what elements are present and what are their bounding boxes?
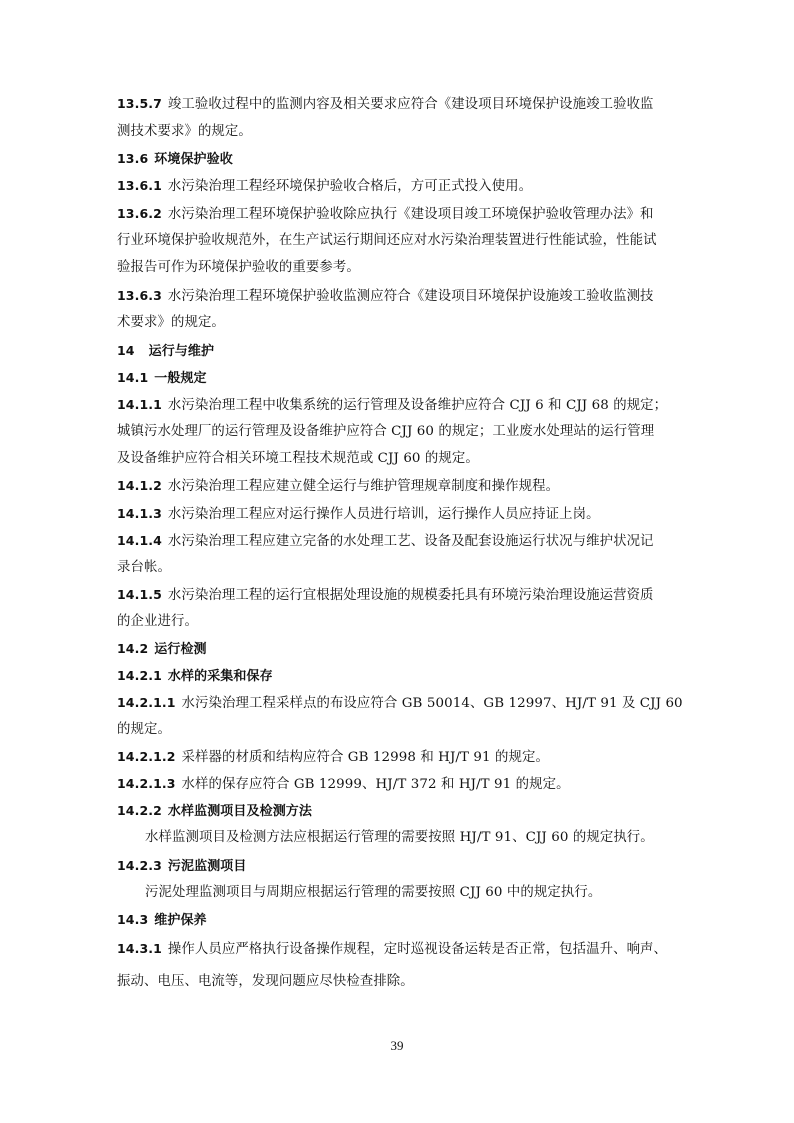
clause-continuation: 的规定。 bbox=[117, 721, 677, 739]
clause-14-1-4: 14.1.4水污染治理工程应建立完备的水处理工艺、设备及配套设施运行状况与维护状… bbox=[117, 532, 677, 551]
section-number: 13.6 bbox=[117, 151, 148, 166]
section-title: 维护保养 bbox=[154, 913, 206, 928]
section-number: 14.1 bbox=[117, 370, 148, 385]
section-heading-14-3: 14.3维护保养 bbox=[117, 911, 677, 930]
clause-text: 振动、电压、电流等，发现问题应尽快检查排除。 bbox=[117, 974, 414, 989]
clause-number: 13.6.3 bbox=[117, 288, 162, 303]
clause-number: 14.3.1 bbox=[117, 941, 162, 956]
chapter-number: 14 bbox=[117, 343, 135, 358]
clause-text: 的企业进行。 bbox=[117, 614, 198, 629]
clause-text: 操作人员应严格执行设备操作规程，定时巡视设备运转是否正常，包括温升、响声、 bbox=[168, 942, 667, 957]
section-heading-13-6: 13.6环境保护验收 bbox=[117, 150, 677, 169]
clause-text: 水污染治理工程应建立健全运行与维护管理规章制度和操作规程。 bbox=[168, 479, 559, 494]
clause-text: 行业环境保护验收规范外，在生产试运行期间还应对水污染治理装置进行性能试验，性能试 bbox=[117, 233, 657, 248]
clause-number: 14.1.2 bbox=[117, 478, 162, 493]
section-title: 一般规定 bbox=[154, 371, 206, 386]
clause-text: 水污染治理工程应建立完备的水处理工艺、设备及配套设施运行状况与维护状况记 bbox=[168, 534, 654, 549]
clause-14-2-1-2: 14.2.1.2采样器的材质和结构应符合 GB 12998 和 HJ/T 91 … bbox=[117, 748, 677, 767]
section-number: 14.2 bbox=[117, 641, 148, 656]
clause-text: 采样器的材质和结构应符合 GB 12998 和 HJ/T 91 的规定。 bbox=[182, 750, 549, 765]
subsection-heading-14-2-3: 14.2.3污泥监测项目 bbox=[117, 857, 677, 876]
clause-continuation: 测技术要求》的规定。 bbox=[117, 123, 677, 141]
subsection-title: 水样监测项目及检测方法 bbox=[168, 804, 312, 819]
clause-number: 14.2.1.1 bbox=[117, 695, 176, 710]
subsection-heading-14-2-2: 14.2.2水样监测项目及检测方法 bbox=[117, 802, 677, 821]
section-number: 14.3 bbox=[117, 912, 148, 927]
section-heading-14-2: 14.2运行检测 bbox=[117, 640, 677, 659]
clause-number: 14.1.5 bbox=[117, 587, 162, 602]
clause-text: 及设备维护应符合相关环境工程技术规范或 CJJ 60 的规定。 bbox=[117, 451, 479, 466]
clause-14-1-3: 14.1.3水污染治理工程应对运行操作人员进行培训，运行操作人员应持证上岗。 bbox=[117, 505, 677, 524]
section-title: 运行检测 bbox=[154, 642, 206, 657]
clause-number: 13.6.2 bbox=[117, 206, 162, 221]
clause-text: 水污染治理工程经环境保护验收合格后，方可正式投入使用。 bbox=[168, 179, 532, 194]
subsection-number: 14.2.1 bbox=[117, 668, 162, 683]
clause-text: 的规定。 bbox=[117, 722, 171, 737]
subsection-title: 水样的采集和保存 bbox=[168, 669, 273, 684]
clause-13-5-7: 13.5.7竣工验收过程中的监测内容及相关要求应符合《建设项目环境保护设施竣工验… bbox=[117, 95, 677, 114]
paragraph-14-2-2: 水样监测项目及检测方法应根据运行管理的需要按照 HJ/T 91、CJJ 60 的… bbox=[145, 829, 705, 847]
clause-continuation: 录台帐。 bbox=[117, 559, 677, 577]
clause-14-2-1-1: 14.2.1.1水污染治理工程采样点的布设应符合 GB 50014、GB 129… bbox=[117, 694, 677, 713]
clause-number: 13.6.1 bbox=[117, 178, 162, 193]
clause-continuation: 行业环境保护验收规范外，在生产试运行期间还应对水污染治理装置进行性能试验，性能试 bbox=[117, 232, 677, 250]
clause-number: 14.1.4 bbox=[117, 533, 162, 548]
clause-text: 水污染治理工程中收集系统的运行管理及设备维护应符合 CJJ 6 和 CJJ 68… bbox=[168, 398, 667, 413]
subsection-number: 14.2.2 bbox=[117, 803, 162, 818]
clause-text: 城镇污水处理厂的运行管理及设备维护应符合 CJJ 60 的规定；工业废水处理站的… bbox=[117, 424, 654, 439]
paragraph-text: 水样监测项目及检测方法应根据运行管理的需要按照 HJ/T 91、CJJ 60 的… bbox=[145, 830, 654, 845]
clause-13-6-3: 13.6.3水污染治理工程环境保护验收监测应符合《建设项目环境保护设施竣工验收监… bbox=[117, 287, 677, 306]
clause-14-3-1: 14.3.1操作人员应严格执行设备操作规程，定时巡视设备运转是否正常，包括温升、… bbox=[117, 940, 677, 959]
chapter-title: 运行与维护 bbox=[149, 344, 215, 359]
clause-text: 术要求》的规定。 bbox=[117, 315, 225, 330]
clause-13-6-2: 13.6.2水污染治理工程环境保护验收除应执行《建设项目竣工环境保护验收管理办法… bbox=[117, 205, 677, 224]
clause-number: 14.2.1.3 bbox=[117, 776, 176, 791]
section-title: 环境保护验收 bbox=[154, 152, 233, 167]
clause-text: 录台帐。 bbox=[117, 560, 171, 575]
clause-number: 14.2.1.2 bbox=[117, 749, 176, 764]
clause-14-1-5: 14.1.5水污染治理工程的运行宜根据处理设施的规模委托具有环境污染治理设施运营… bbox=[117, 586, 677, 605]
subsection-number: 14.2.3 bbox=[117, 858, 162, 873]
clause-text: 测技术要求》的规定。 bbox=[117, 124, 252, 139]
clause-number: 13.5.7 bbox=[117, 96, 162, 111]
clause-continuation: 的企业进行。 bbox=[117, 613, 677, 631]
clause-13-6-1: 13.6.1水污染治理工程经环境保护验收合格后，方可正式投入使用。 bbox=[117, 177, 677, 196]
clause-14-1-1: 14.1.1水污染治理工程中收集系统的运行管理及设备维护应符合 CJJ 6 和 … bbox=[117, 396, 677, 415]
clause-text: 水污染治理工程环境保护验收监测应符合《建设项目环境保护设施竣工验收监测技 bbox=[168, 289, 654, 304]
clause-text: 水污染治理工程应对运行操作人员进行培训，运行操作人员应持证上岗。 bbox=[168, 507, 600, 522]
clause-text: 水污染治理工程采样点的布设应符合 GB 50014、GB 12997、HJ/T … bbox=[182, 696, 683, 711]
clause-text: 水样的保存应符合 GB 12999、HJ/T 372 和 HJ/T 91 的规定… bbox=[182, 777, 570, 792]
subsection-title: 污泥监测项目 bbox=[168, 859, 247, 874]
clause-text: 水污染治理工程环境保护验收除应执行《建设项目竣工环境保护验收管理办法》和 bbox=[168, 207, 654, 222]
clause-text: 竣工验收过程中的监测内容及相关要求应符合《建设项目环境保护设施竣工验收监 bbox=[168, 97, 654, 112]
paragraph-14-2-3: 污泥处理监测项目与周期应根据运行管理的需要按照 CJJ 60 中的规定执行。 bbox=[145, 884, 705, 902]
clause-14-2-1-3: 14.2.1.3水样的保存应符合 GB 12999、HJ/T 372 和 HJ/… bbox=[117, 775, 677, 794]
clause-continuation: 验报告可作为环境保护验收的重要参考。 bbox=[117, 259, 677, 277]
paragraph-text: 污泥处理监测项目与周期应根据运行管理的需要按照 CJJ 60 中的规定执行。 bbox=[145, 885, 601, 900]
subsection-heading-14-2-1: 14.2.1水样的采集和保存 bbox=[117, 667, 677, 686]
chapter-heading-14: 14运行与维护 bbox=[117, 342, 677, 361]
clause-text: 验报告可作为环境保护验收的重要参考。 bbox=[117, 260, 360, 275]
clause-number: 14.1.3 bbox=[117, 506, 162, 521]
document-page: 13.5.7竣工验收过程中的监测内容及相关要求应符合《建设项目环境保护设施竣工验… bbox=[0, 0, 794, 1123]
page-number: 39 bbox=[0, 1038, 794, 1054]
clause-continuation: 术要求》的规定。 bbox=[117, 314, 677, 332]
clause-continuation: 及设备维护应符合相关环境工程技术规范或 CJJ 60 的规定。 bbox=[117, 450, 677, 468]
clause-number: 14.1.1 bbox=[117, 397, 162, 412]
clause-continuation: 城镇污水处理厂的运行管理及设备维护应符合 CJJ 60 的规定；工业废水处理站的… bbox=[117, 423, 677, 441]
section-heading-14-1: 14.1一般规定 bbox=[117, 369, 677, 388]
clause-14-1-2: 14.1.2水污染治理工程应建立健全运行与维护管理规章制度和操作规程。 bbox=[117, 477, 677, 496]
clause-text: 水污染治理工程的运行宜根据处理设施的规模委托具有环境污染治理设施运营资质 bbox=[168, 588, 654, 603]
clause-continuation: 振动、电压、电流等，发现问题应尽快检查排除。 bbox=[117, 973, 677, 991]
